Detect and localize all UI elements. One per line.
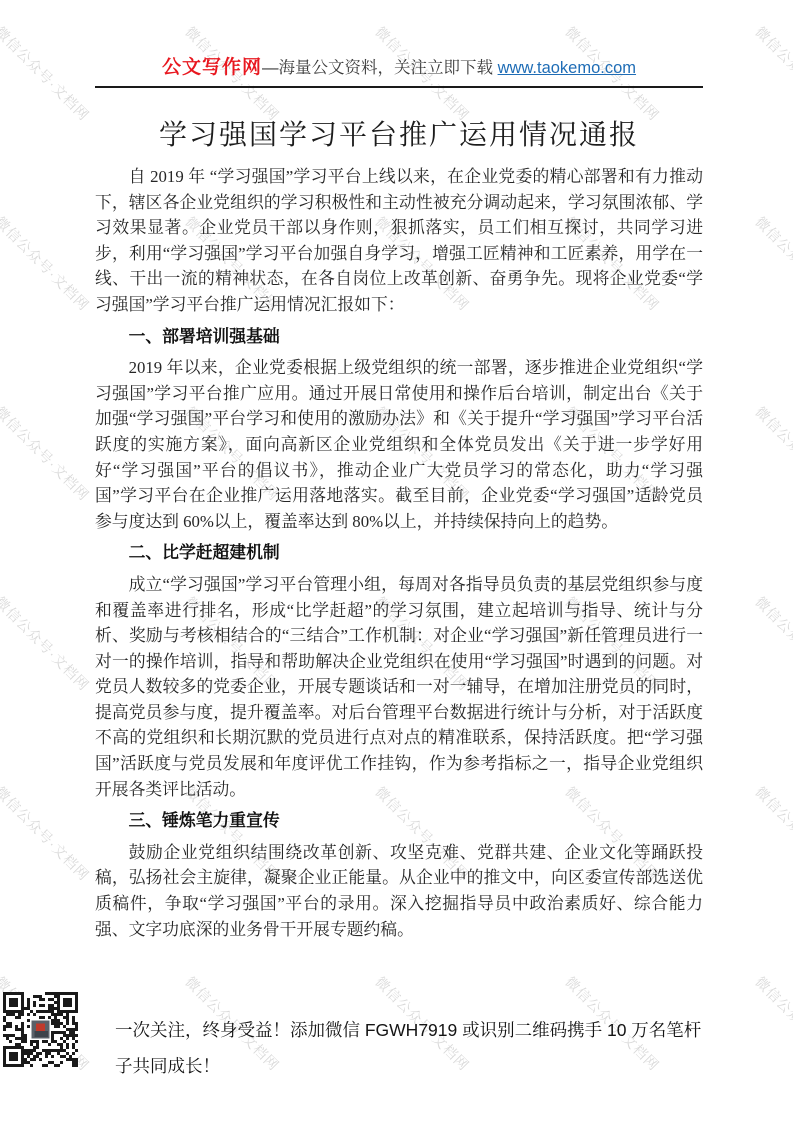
paragraph: 2019 年以来，企业党委根据上级党组织的统一部署，逐步推进企业党组织“学习强国…: [95, 355, 703, 534]
watermark-text: 微信公众号·文档网: [751, 592, 793, 695]
paragraph: 自 2019 年 “学习强国”学习平台上线以来，在企业党委的精心部署和有力推动下…: [95, 164, 703, 318]
page-title: 学习强国学习平台推广运用情况通报: [95, 116, 703, 156]
watermark-text: 微信公众号·文档网: [0, 782, 94, 885]
section-heading-2: 二、比学赶超建机制: [95, 540, 703, 566]
promo-header: 公文写作网—海量公文资料，关注立即下载 www.taokemo.com: [95, 0, 703, 88]
header-tagline: —海量公文资料，关注立即下载: [262, 59, 498, 77]
section-heading-3: 三、锤炼笔力重宣传: [95, 808, 703, 834]
watermark-text: 微信公众号·文档网: [751, 22, 793, 125]
wechat-qr-code: [3, 992, 78, 1067]
document-page: 微信公众号·文档网微信公众号·文档网微信公众号·文档网微信公众号·文档网微信公众…: [0, 0, 793, 1122]
footer-text: 一次关注，终身受益！添加微信 FGWH7919 或识别二维码携手 10 万名笔杆…: [115, 1012, 715, 1084]
paragraph: 鼓励企业党组织结围绕改革创新、攻坚克难、党群共建、企业文化等踊跃投稿，弘扬社会主…: [95, 840, 703, 942]
document-body: 自 2019 年 “学习强国”学习平台上线以来，在企业党委的精心部署和有力推动下…: [95, 164, 703, 942]
website-link[interactable]: www.taokemo.com: [498, 59, 636, 77]
watermark-text: 微信公众号·文档网: [0, 22, 94, 125]
paragraph: 成立“学习强国”学习平台管理小组，每周对各指导员负责的基层党组织参与度和覆盖率进…: [95, 572, 703, 802]
watermark-text: 微信公众号·文档网: [751, 402, 793, 505]
watermark-text: 微信公众号·文档网: [0, 212, 94, 315]
watermark-text: 微信公众号·文档网: [0, 402, 94, 505]
watermark-text: 微信公众号·文档网: [751, 782, 793, 885]
site-brand: 公文写作网: [162, 57, 262, 78]
page-content: 公文写作网—海量公文资料，关注立即下载 www.taokemo.com 学习强国…: [95, 0, 703, 942]
watermark-text: 微信公众号·文档网: [751, 972, 793, 1075]
watermark-text: 微信公众号·文档网: [751, 212, 793, 315]
section-heading-1: 一、部署培训强基础: [95, 324, 703, 350]
watermark-text: 微信公众号·文档网: [0, 592, 94, 695]
